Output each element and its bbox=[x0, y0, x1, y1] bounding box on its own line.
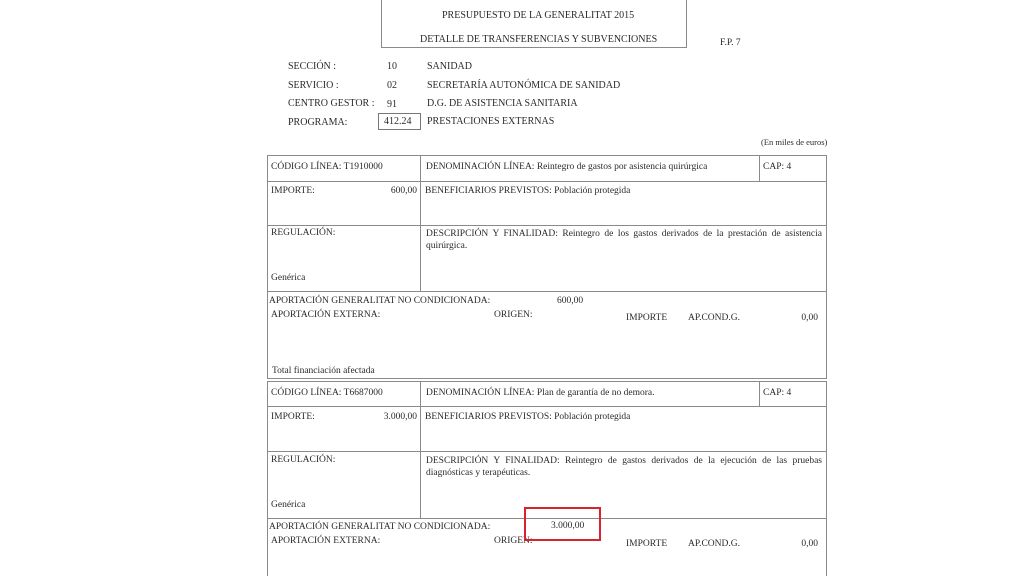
programa-code: 412.24 bbox=[384, 116, 412, 127]
descripcion-finalidad: DESCRIPCIÓN Y FINALIDAD: Reintegro de lo… bbox=[426, 228, 822, 252]
beneficiarios: BENEFICIARIOS PREVISTOS: Población prote… bbox=[425, 412, 630, 422]
seccion-code: 10 bbox=[387, 61, 397, 72]
denominacion-linea: DENOMINACIÓN LÍNEA: Plan de garantía de … bbox=[426, 388, 654, 398]
centro-gestor-name: D.G. DE ASISTENCIA SANITARIA bbox=[427, 98, 578, 109]
centro-gestor-label: CENTRO GESTOR : bbox=[288, 98, 375, 109]
regulacion-label: REGULACIÓN: bbox=[271, 228, 335, 238]
doc-subtitle: DETALLE DE TRANSFERENCIAS Y SUBVENCIONES bbox=[420, 34, 657, 45]
highlight-box bbox=[524, 507, 601, 541]
aportacion-externa-label: APORTACIÓN EXTERNA: bbox=[271, 536, 380, 546]
doc-title: PRESUPUESTO DE LA GENERALITAT 2015 bbox=[442, 10, 634, 21]
importe-value: 3.000,00 bbox=[340, 412, 417, 422]
codigo-linea: CÓDIGO LÍNEA: T6687000 bbox=[271, 388, 383, 398]
beneficiarios: BENEFICIARIOS PREVISTOS: Población prote… bbox=[425, 186, 630, 196]
ap-cond-label: AP.COND.G. bbox=[688, 539, 740, 549]
importe-value: 600,00 bbox=[340, 186, 417, 196]
units-note: (En miles de euros) bbox=[761, 137, 827, 147]
ap-cond-value: 0,00 bbox=[780, 539, 818, 549]
codigo-linea: CÓDIGO LÍNEA: T1910000 bbox=[271, 162, 383, 172]
regulacion-label: REGULACIÓN: bbox=[271, 455, 335, 465]
regulacion-value: Genérica bbox=[271, 273, 305, 283]
ap-cond-label: AP.COND.G. bbox=[688, 313, 740, 323]
form-code: F.P. 7 bbox=[720, 38, 741, 48]
programa-name: PRESTACIONES EXTERNAS bbox=[427, 116, 554, 127]
programa-label: PROGRAMA: bbox=[288, 117, 347, 128]
servicio-name: SECRETARÍA AUTONÓMICA DE SANIDAD bbox=[427, 80, 620, 91]
regulacion-value: Genérica bbox=[271, 500, 305, 510]
aportacion-generalitat-label: APORTACIÓN GENERALITAT NO CONDICIONADA: bbox=[269, 296, 490, 306]
importe-column-label: IMPORTE bbox=[626, 539, 667, 549]
importe-label: IMPORTE: bbox=[271, 186, 315, 196]
servicio-code: 02 bbox=[387, 80, 397, 91]
aportacion-generalitat-value: 600,00 bbox=[557, 296, 583, 306]
seccion-label: SECCIÓN : bbox=[288, 61, 336, 72]
descripcion-finalidad: DESCRIPCIÓN Y FINALIDAD: Reintegro de ga… bbox=[426, 455, 822, 479]
total-financiacion-label: Total financiación afectada bbox=[272, 366, 375, 376]
importe-label: IMPORTE: bbox=[271, 412, 315, 422]
centro-gestor-code: 91 bbox=[387, 99, 397, 110]
ap-cond-value: 0,00 bbox=[780, 313, 818, 323]
cap: CAP: 4 bbox=[763, 388, 791, 398]
cap: CAP: 4 bbox=[763, 162, 791, 172]
denominacion-linea: DENOMINACIÓN LÍNEA: Reintegro de gastos … bbox=[426, 162, 707, 172]
aportacion-generalitat-label: APORTACIÓN GENERALITAT NO CONDICIONADA: bbox=[269, 522, 490, 532]
servicio-label: SERVICIO : bbox=[288, 80, 339, 91]
seccion-name: SANIDAD bbox=[427, 61, 472, 72]
importe-column-label: IMPORTE bbox=[626, 313, 667, 323]
origen-label: ORIGEN: bbox=[494, 310, 533, 320]
aportacion-externa-label: APORTACIÓN EXTERNA: bbox=[271, 310, 380, 320]
